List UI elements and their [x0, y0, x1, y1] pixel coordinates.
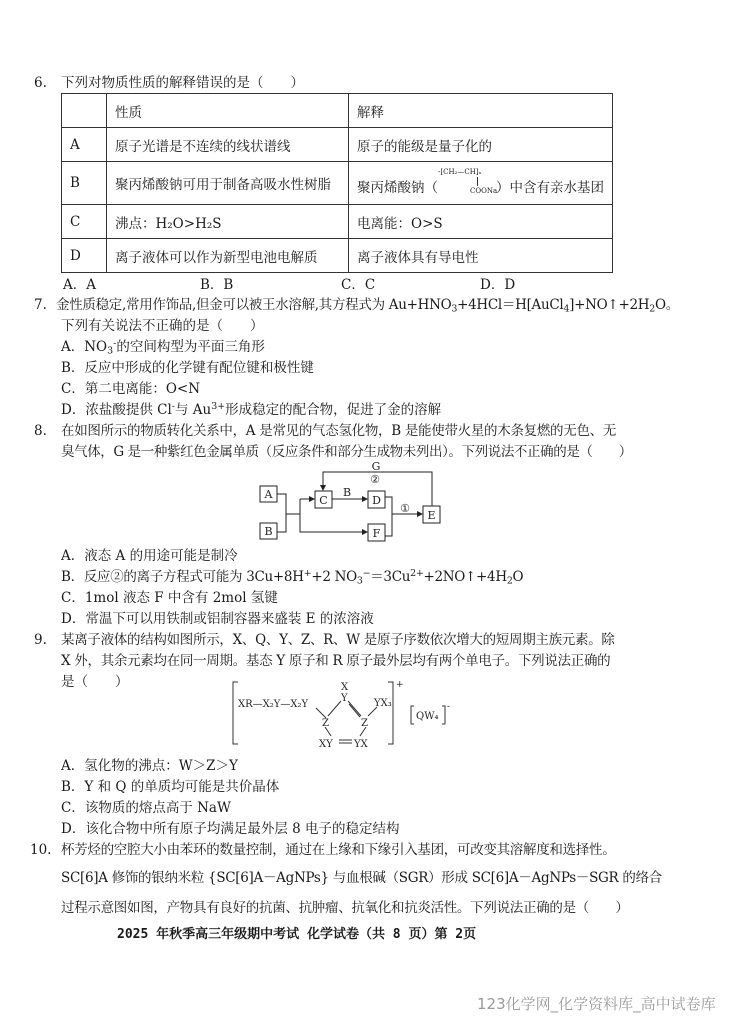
q6-option-b: B．B	[200, 275, 233, 295]
row-property: 原子光谱是不连续的线状谱线	[107, 128, 349, 162]
q7-number: 7.	[34, 295, 47, 315]
row-label: C	[62, 205, 107, 239]
q9-stem-line3: 是（ ）	[61, 672, 129, 692]
q7-option-d: D．浓盐酸提供 Cl-与 Au3+形成稳定的配合物，促进了金的溶解	[61, 400, 441, 420]
row-explanation: 原子的能级是量子化的	[349, 128, 613, 162]
text: A．NO	[61, 339, 107, 355]
q9-ionic-liquid-structure: XR—X₂Y—X₂Y X Y Z Z YX₃ XY YX + QW₄ -	[228, 678, 468, 750]
text: +2NO↑+4H	[423, 569, 506, 585]
watermark: 123化学网_化学资料库_高中试卷库	[477, 994, 716, 1014]
ring-z-left: Z	[322, 718, 329, 729]
row-label: B	[62, 162, 107, 205]
text: +4HCl＝H[AuCl	[457, 297, 563, 313]
ring-bottom-right: YX	[353, 739, 369, 750]
q9-option-a: A．氢化物的沸点：W＞Z＞Y	[61, 756, 238, 776]
row-property: 沸点：H₂O>H₂S	[107, 205, 349, 239]
q6-option-a: A．A	[63, 275, 96, 295]
edge-mark-1: ①	[400, 502, 410, 515]
q8-option-a: A．液态 A 的用途可能是制冷	[61, 546, 238, 566]
superscript: 3+	[211, 401, 225, 412]
q8-stem-line1: 在如图所示的物质转化关系中，A 是常见的气态氢化物，B 是能使带火星的木条复燃的…	[61, 421, 616, 441]
q8-option-d: D．常温下可以用铁制或铝制容器来盛装 E 的浓溶液	[61, 609, 374, 629]
ring-substituent: YX₃	[373, 698, 392, 709]
q10-stem-line1: 杯芳烃的空腔大小由苯环的数量控制，通过在上缘和下缘引入基团，可改变其溶解度和选择…	[61, 840, 615, 860]
edge-label-b: B	[343, 486, 351, 499]
table-row: D 离子液体可以作为新型电池电解质 离子液体具有导电性	[62, 239, 613, 273]
text: ]+NO↑+2H	[569, 297, 649, 313]
superscript: 2+	[410, 568, 423, 579]
page-footer: 2025 年秋季高三年级期中考试 化学试卷（共 8 页）第 2页	[117, 925, 476, 945]
q9-number: 9.	[34, 630, 47, 650]
q10-number: 10.	[30, 840, 51, 860]
ring-top-x: X	[341, 682, 349, 693]
explanation-pre: 聚丙烯酸钠（	[357, 180, 438, 196]
table-header-cell	[62, 94, 107, 128]
text: O	[513, 569, 524, 585]
bond-line	[477, 177, 478, 186]
q6-option-c: C．C	[341, 275, 375, 295]
node-e: E	[427, 509, 435, 522]
edge-mark-2: ②	[370, 473, 380, 486]
explanation-post: ）中含有亲水基团	[496, 180, 604, 196]
q6-table: 性质 解释 A 原子光谱是不连续的线状谱线 原子的能级是量子化的 B 聚丙烯酸钠…	[61, 93, 613, 273]
text: ＝3Cu	[370, 569, 410, 585]
q8-option-c: C．1mol 液态 F 中含有 2mol 氢键	[61, 588, 278, 608]
q8-stem-line2: 臭气体，G 是一种紫红色金属单质（反应条件和部分生成物未列出）。下列说法不正确的…	[61, 442, 632, 462]
table-header-row: 性质 解释	[62, 94, 613, 128]
edge-label-g: G	[372, 462, 381, 473]
table-row: A 原子光谱是不连续的线状谱线 原子的能级是量子化的	[62, 128, 613, 162]
q8-conversion-diagram: A B C D F E B G ② ①	[255, 462, 455, 544]
row-property: 聚丙烯酸钠可用于制备高吸水性树脂	[107, 162, 349, 205]
q9-option-b: B．Y 和 Q 的单质均可能是共价晶体	[61, 777, 279, 797]
table-header-property: 性质	[107, 94, 349, 128]
node-d: D	[372, 494, 381, 507]
q9-stem-line1: 某离子液体的结构如图所示，X、Q、Y、Z、R、W 是原子序数依次增大的短周期主族…	[61, 630, 615, 650]
text: 与 Au	[175, 402, 211, 418]
q8-option-b: B．反应②的离子方程式可能为 3Cu+8H++2 NO3−＝3Cu2++2NO↑…	[61, 567, 523, 587]
chain-text: XR—X₂Y—X₂Y	[238, 699, 309, 710]
q8-number: 8.	[34, 421, 47, 441]
q10-stem-line3: 过程示意图如图，产物具有良好的抗菌、抗肿瘤、抗氧化和抗炎活性。下列说法正确的是（…	[61, 898, 629, 918]
text: 的空间构型为平面三角形	[116, 339, 265, 355]
cation-charge: +	[396, 680, 404, 690]
node-c: C	[319, 494, 327, 507]
q6-number: 6.	[34, 73, 47, 93]
ring-bottom-left: XY	[319, 739, 333, 750]
node-a: A	[264, 488, 274, 501]
q6-option-d: D．D	[480, 275, 515, 295]
q9-option-d: D．该化合物中所有原子均满足最外层 8 电子的稳定结构	[61, 819, 400, 839]
node-b: B	[264, 525, 272, 538]
row-property: 离子液体可以作为新型电池电解质	[107, 239, 349, 273]
text: O。	[655, 297, 679, 313]
row-explanation: 聚丙烯酸钠（-[CH₂—CH]ₙCOONa）中含有亲水基团	[349, 162, 613, 205]
anion-charge: -	[447, 702, 450, 712]
q7-option-b: B．反应中形成的化学键有配位键和极性键	[61, 358, 314, 378]
table-header-explanation: 解释	[349, 94, 613, 128]
text: +2 NO	[311, 569, 357, 585]
text: B．反应②的离子方程式可能为 3Cu+8H	[61, 569, 304, 585]
q7-option-a: A．NO3-的空间构型为平面三角形	[61, 337, 265, 357]
q7-stem-line1: 金性质稳定,常用作饰品,但金可以被王水溶解,其方程式为 Au+HNO3+4HCl…	[56, 295, 679, 315]
text: 金性质稳定,常用作饰品,但金可以被王水溶解,其方程式为 Au+HNO	[56, 297, 451, 313]
polymer-bottom: COONa	[470, 187, 497, 195]
polymer-top: -[CH₂—CH]ₙ	[438, 168, 482, 176]
q6-stem: 下列对物质性质的解释错误的是（ ）	[61, 73, 304, 93]
table-row: B 聚丙烯酸钠可用于制备高吸水性树脂 聚丙烯酸钠（-[CH₂—CH]ₙCOONa…	[62, 162, 613, 205]
text: D．浓盐酸提供 Cl	[61, 402, 172, 418]
row-label: D	[62, 239, 107, 273]
q7-option-c: C．第二电离能：O<N	[61, 379, 200, 399]
text: 形成稳定的配合物，促进了金的溶解	[225, 402, 441, 418]
q10-stem-line2: SC[6]A 修饰的银纳米粒 {SC[6]A－AgNPs} 与血根碱（SGR）形…	[61, 868, 662, 888]
q9-stem-line2: X 外，其余元素均在同一周期。基态 Y 原子和 R 原子最外层均有两个单电子。下…	[61, 651, 610, 671]
ring-y: Y	[340, 693, 348, 704]
anion: QW₄	[416, 711, 439, 722]
row-label: A	[62, 128, 107, 162]
q9-option-c: C．该物质的熔点高于 NaW	[61, 798, 231, 818]
row-explanation: 电离能：O>S	[349, 205, 613, 239]
ring-z-right: Z	[361, 718, 368, 729]
table-row: C 沸点：H₂O>H₂S 电离能：O>S	[62, 205, 613, 239]
row-explanation: 离子液体具有导电性	[349, 239, 613, 273]
q7-stem-line2: 下列有关说法不正确的是（ ）	[61, 316, 264, 336]
node-f: F	[373, 527, 381, 540]
polymer-formula: -[CH₂—CH]ₙCOONa	[438, 168, 496, 198]
